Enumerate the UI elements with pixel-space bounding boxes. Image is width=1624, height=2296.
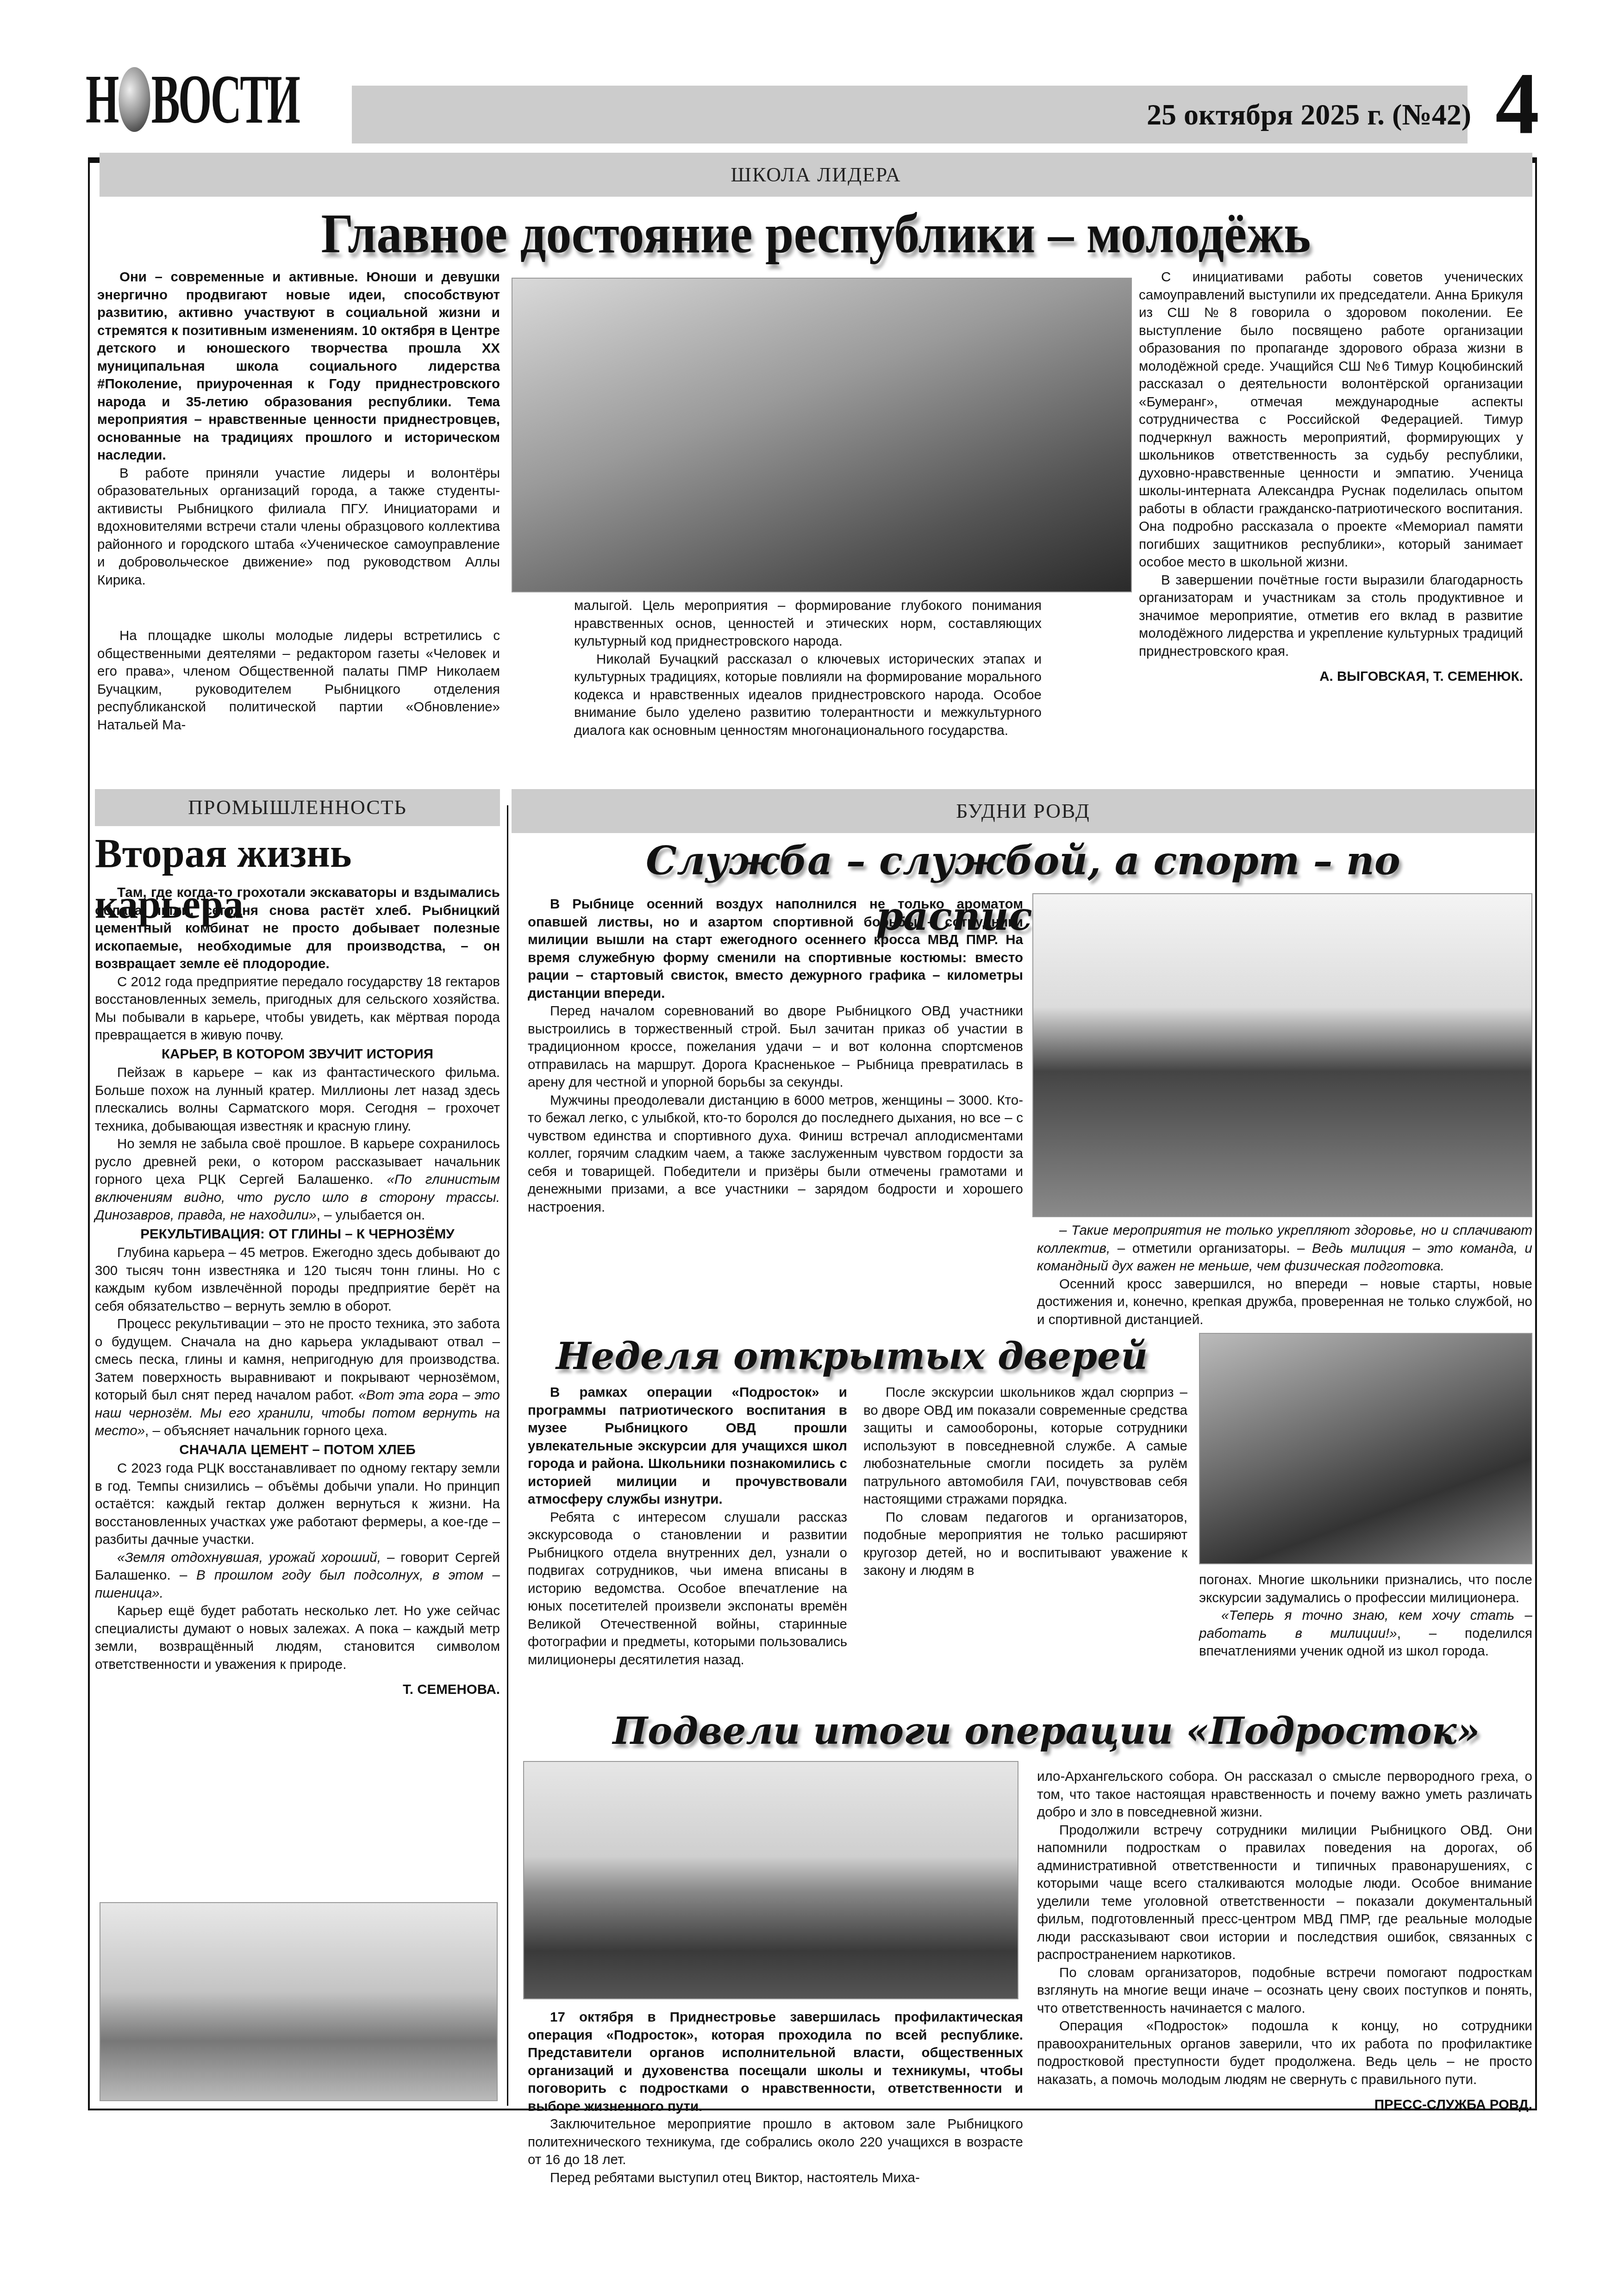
subheading: РЕКУЛЬТИВАЦИЯ: ОТ ГЛИНЫ – К ЧЕРНОЗЁМУ bbox=[95, 1226, 500, 1244]
paragraph: Глубина карьера – 45 метров. Ежегодно зд… bbox=[95, 1244, 500, 1315]
lead-paragraph: Там, где когда-то грохотали экскаваторы … bbox=[95, 884, 500, 973]
rubric-school-leader: ШКОЛА ЛИДЕРА bbox=[100, 153, 1532, 197]
photo-youth-leaders bbox=[512, 278, 1132, 592]
quote: «Земля отдохнувшая, урожай хороший, bbox=[117, 1550, 381, 1565]
column-divider bbox=[507, 805, 508, 2106]
paragraph: Но земля не забыла своё прошлое. В карье… bbox=[95, 1135, 500, 1225]
paragraph: Перед ребятами выступил отец Виктор, нас… bbox=[528, 2169, 1023, 2187]
newspaper-logo: Н ВОСТИ bbox=[86, 65, 299, 134]
article-sport-cont: – Такие мероприятия не только укрепляют … bbox=[1037, 1222, 1532, 1329]
text: , – объясняет начальник горного цеха. bbox=[145, 1423, 387, 1438]
paragraph: Процесс рекультивации – это не просто те… bbox=[95, 1315, 500, 1440]
article-school-col3: С инициативами работы советов ученически… bbox=[1139, 268, 1523, 686]
paragraph: После экскурсии школьников ждал сюрприз … bbox=[863, 1384, 1187, 1509]
paragraph: малыгой. Цель мероприятия – формирование… bbox=[574, 597, 1042, 651]
issue-date: 25 октября 2025 г. (№42) bbox=[1147, 86, 1471, 143]
paragraph: «Теперь я точно знаю, кем хочу стать – р… bbox=[1199, 1607, 1532, 1661]
lead-paragraph: 17 октября в Приднестровье завершилась п… bbox=[528, 2009, 1023, 2116]
rubric-rovd: БУДНИ РОВД bbox=[512, 789, 1535, 833]
photo-schoolchildren-museum bbox=[1199, 1333, 1532, 1564]
paragraph: погонах. Многие школьники признались, чт… bbox=[1199, 1571, 1532, 1607]
paragraph: Операция «Подросток» подошла к концу, но… bbox=[1037, 2017, 1532, 2089]
article-open-doors-col1: В рамках операции «Подросток» и программ… bbox=[528, 1384, 847, 1669]
paragraph: «Земля отдохнувшая, урожай хороший, – го… bbox=[95, 1549, 500, 1603]
paragraph: Мужчины преодолевали дистанцию в 6000 ме… bbox=[528, 1092, 1023, 1217]
headline-open-doors: Неделя открытых дверей bbox=[528, 1328, 1176, 1384]
paragraph: Николай Бучацкий рассказал о ключевых ис… bbox=[574, 651, 1042, 740]
text: , – улыбается он. bbox=[317, 1207, 425, 1223]
paragraph: Карьер ещё будет работать несколько лет.… bbox=[95, 1602, 500, 1674]
photo-award-winners bbox=[1032, 893, 1532, 1217]
article-school-col1-cont: На площадке школы молодые лидеры встрети… bbox=[97, 627, 500, 734]
paragraph: По словам организаторов, подобные встреч… bbox=[1037, 1964, 1532, 2018]
article-teen-operation-col2: ило-Архангельского собора. Он рассказал … bbox=[1037, 1768, 1532, 2114]
author-signature: ПРЕСС-СЛУЖБА РОВД. bbox=[1037, 2096, 1532, 2114]
subheading: СНАЧАЛА ЦЕМЕНТ – ПОТОМ ХЛЕБ bbox=[95, 1441, 500, 1459]
lead-paragraph: Они – современные и активные. Юноши и де… bbox=[97, 268, 500, 465]
paragraph: С 2012 года предприятие передало государ… bbox=[95, 973, 500, 1045]
paragraph: Перед началом соревнований во дворе Рыбн… bbox=[528, 1002, 1023, 1092]
paragraph: Пейзаж в карьере – как из фантастическог… bbox=[95, 1064, 500, 1135]
text: – отметили организаторы. – bbox=[1110, 1241, 1312, 1256]
paragraph: С инициативами работы советов ученически… bbox=[1139, 268, 1523, 572]
subheading: КАРЬЕР, В КОТОРОМ ЗВУЧИТ ИСТОРИЯ bbox=[95, 1045, 500, 1064]
logo-letter: Н bbox=[86, 65, 118, 134]
paragraph: Заключительное мероприятие прошло в акто… bbox=[528, 2116, 1023, 2169]
rubric-industry: ПРОМЫШЛЕННОСТЬ bbox=[95, 789, 500, 826]
paragraph: ило-Архангельского собора. Он рассказал … bbox=[1037, 1768, 1532, 1822]
paragraph: Осенний кросс завершился, но впереди – н… bbox=[1037, 1276, 1532, 1329]
article-teen-operation-col1: 17 октября в Приднестровье завершилась п… bbox=[528, 2009, 1023, 2187]
article-open-doors-col2: После экскурсии школьников ждал сюрприз … bbox=[863, 1384, 1187, 1580]
lead-paragraph: В Рыбнице осенний воздух наполнился не т… bbox=[528, 896, 1023, 1002]
photo-assembly-hall bbox=[523, 1761, 1018, 1999]
paragraph: Продолжили встречу сотрудники милиции Ры… bbox=[1037, 1822, 1532, 1964]
paragraph: Ребята с интересом слушали рассказ экску… bbox=[528, 1509, 847, 1669]
author-signature: А. ВЫГОВСКАЯ, Т. СЕМЕНЮК. bbox=[1139, 668, 1523, 686]
headline-teen-operation: Подвели итоги операции «Подросток» bbox=[579, 1703, 1514, 1759]
paragraph: С 2023 года РЦК восстанавливает по одном… bbox=[95, 1460, 500, 1549]
paragraph: – Такие мероприятия не только укрепляют … bbox=[1037, 1222, 1532, 1276]
logo-text: ВОСТИ bbox=[151, 65, 299, 134]
article-industry: Там, где когда-то грохотали экскаваторы … bbox=[95, 884, 500, 1699]
article-school-col2: малыгой. Цель мероприятия – формирование… bbox=[574, 597, 1042, 740]
paragraph: По словам педагогов и организаторов, под… bbox=[863, 1509, 1187, 1580]
headline-school-leader: Главное достояние республики – молодёжь bbox=[157, 199, 1475, 268]
photo-excavator bbox=[100, 1902, 498, 2101]
page-number: 4 bbox=[1495, 60, 1539, 148]
article-sport: В Рыбнице осенний воздух наполнился не т… bbox=[528, 896, 1023, 1216]
article-open-doors-col3: погонах. Многие школьники признались, чт… bbox=[1199, 1571, 1532, 1661]
article-school-col1: Они – современные и активные. Юноши и де… bbox=[97, 268, 500, 589]
paragraph: В работе приняли участие лидеры и волонт… bbox=[97, 465, 500, 590]
lead-paragraph: В рамках операции «Подросток» и программ… bbox=[528, 1384, 847, 1509]
paragraph: На площадке школы молодые лидеры встрети… bbox=[97, 627, 500, 734]
author-signature: Т. СЕМЕНОВА. bbox=[95, 1681, 500, 1699]
globe-icon bbox=[119, 67, 150, 132]
paragraph: В завершении почётные гости выразили бла… bbox=[1139, 572, 1523, 661]
